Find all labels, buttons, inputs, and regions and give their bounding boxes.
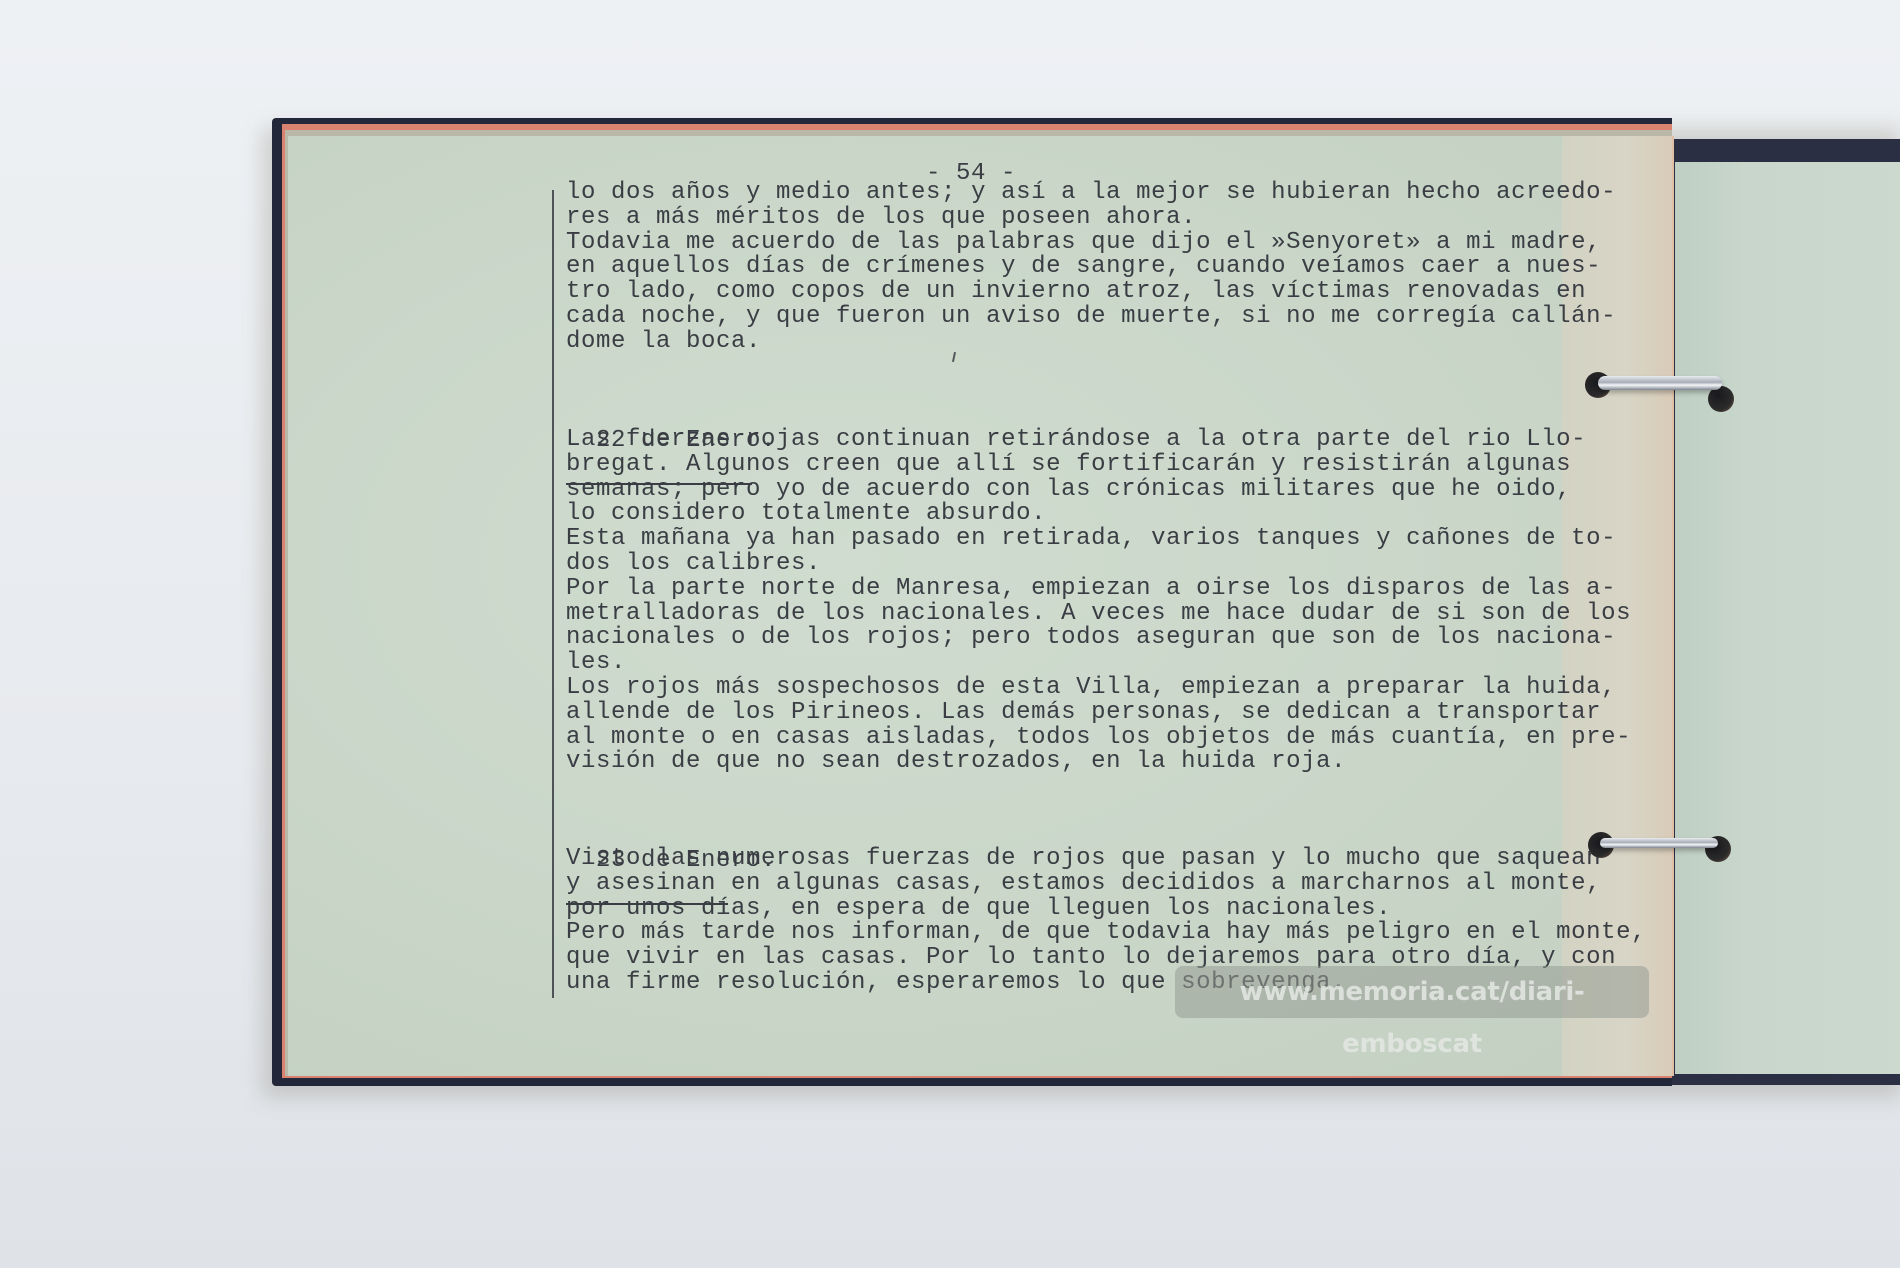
facing-page xyxy=(1675,162,1900,1074)
entry-22-body: Las fuerzas rojas continuan retirándose … xyxy=(566,428,1631,775)
typed-line: y asesinan en algunas casas, estamos dec… xyxy=(566,872,1646,897)
typed-line: al monte o en casas aisladas, todos los … xyxy=(566,726,1631,751)
typed-line: Las fuerzas rojas continuan retirándose … xyxy=(566,428,1631,453)
typed-line: dome la boca. xyxy=(566,330,1616,355)
typed-line: en aquellos días de crímenes y de sangre… xyxy=(566,255,1616,280)
typed-line: Los rojos más sospechosos de esta Villa,… xyxy=(566,676,1631,701)
typed-line: por unos días, en espera de que lleguen … xyxy=(566,897,1646,922)
typed-line: cada noche, y que fueron un aviso de mue… xyxy=(566,305,1616,330)
typed-line: Todavia me acuerdo de las palabras que d… xyxy=(566,231,1616,256)
typed-line: tro lado, como copos de un invierno atro… xyxy=(566,280,1616,305)
typed-line: semanas; pero yo de acuerdo con las crón… xyxy=(566,478,1631,503)
watermark: www.memoria.cat/diari-emboscat xyxy=(1175,966,1649,1018)
typed-line: res a más méritos de los que poseen ahor… xyxy=(566,206,1616,231)
binder-ring-top xyxy=(1598,376,1722,390)
typed-line: lo dos años y medio antes; y así a la me… xyxy=(566,181,1616,206)
typed-line: bregat. Algunos creen que allí se fortif… xyxy=(566,453,1631,478)
typed-line: nacionales o de los rojos; pero todos as… xyxy=(566,626,1631,651)
binder-ring-bottom xyxy=(1600,838,1718,848)
typed-line: Por la parte norte de Manresa, empiezan … xyxy=(566,577,1631,602)
typed-line: dos los calibres. xyxy=(566,552,1631,577)
margin-rule xyxy=(552,190,554,998)
typed-line: Pero más tarde nos informan, de que toda… xyxy=(566,921,1646,946)
typed-line: allende de los Pirineos. Las demás perso… xyxy=(566,701,1631,726)
typed-line: Esta mañana ya han pasado en retirada, v… xyxy=(566,527,1631,552)
typed-line: les. xyxy=(566,651,1631,676)
typed-line: Visto las numerosas fuerzas de rojos que… xyxy=(566,847,1646,872)
typed-line: metralladoras de los nacionales. A veces… xyxy=(566,602,1631,627)
typed-line: lo considero totalmente absurdo. xyxy=(566,502,1631,527)
intro-paragraph: lo dos años y medio antes; y así a la me… xyxy=(566,181,1616,355)
typed-line: visión de que no sean destrozados, en la… xyxy=(566,750,1631,775)
